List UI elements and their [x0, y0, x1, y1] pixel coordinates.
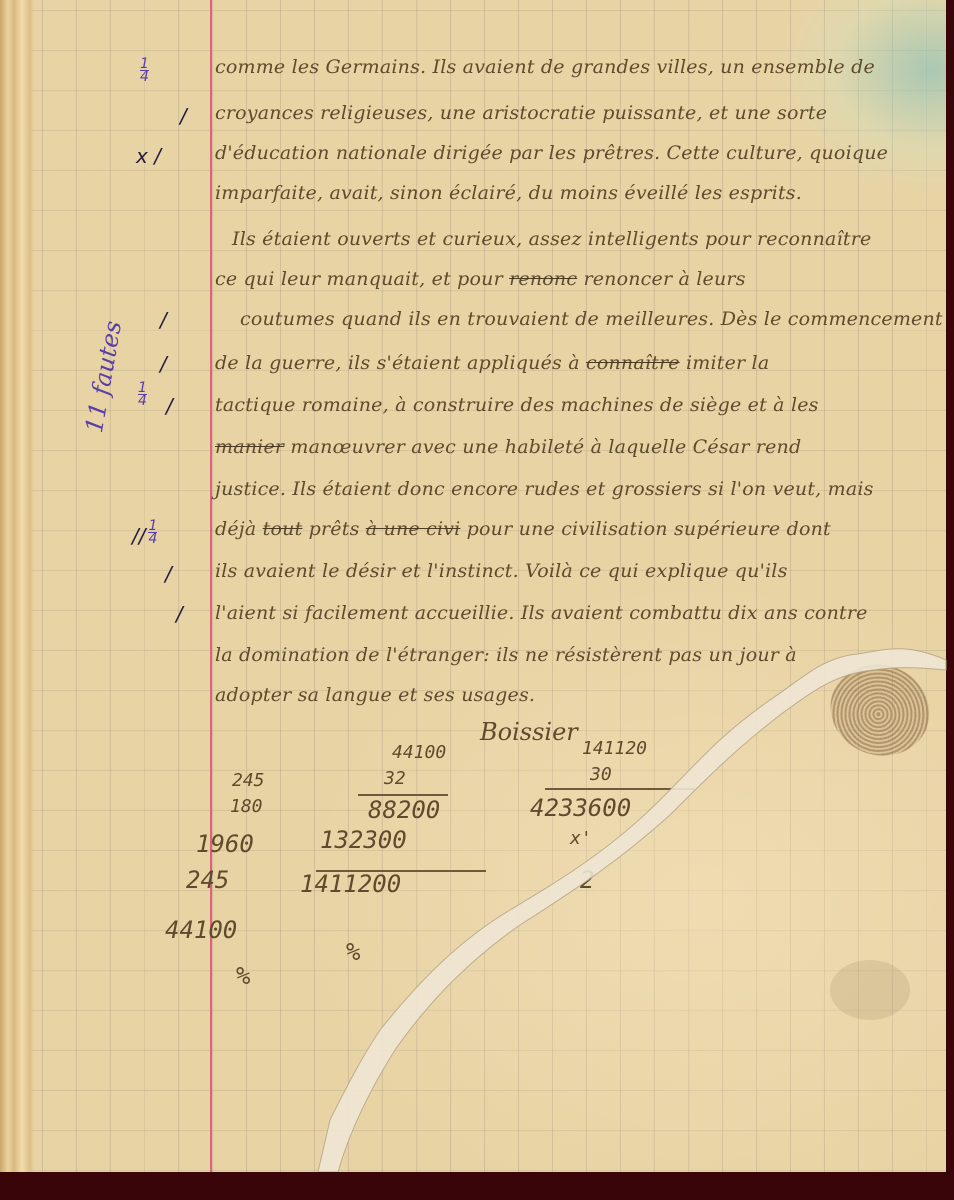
author-signature: Boissier — [480, 718, 578, 746]
text-line-10: manier manœuvrer avec une habileté à laq… — [215, 436, 801, 458]
calc-right-multiplier: 30 — [590, 764, 612, 785]
text-line-12: déjà tout prêts à une civi pour une civi… — [215, 518, 831, 540]
margin-mark-7: / — [160, 308, 167, 332]
notebook-page: 14 / x / / / / //14 / / 11 fautes 14 com… — [0, 0, 946, 1172]
struck-word: à une civi — [366, 518, 461, 540]
calc-mid-multiplier: 32 — [384, 768, 406, 789]
margin-mark-9: / — [166, 394, 173, 418]
calc-mid-partial2: 132300 — [320, 826, 407, 854]
calc-left-4: 245 — [186, 866, 229, 894]
text-line-2: croyances religieuses, une aristocratie … — [215, 102, 827, 124]
calc-right-top: 141120 — [582, 738, 647, 759]
paper-smudge — [830, 960, 910, 1020]
struck-word: manier — [215, 436, 284, 458]
calc-right-mark: 2 — [580, 866, 594, 894]
margin-mark-14: / — [176, 602, 183, 626]
text-line-6: ce qui leur manquait, et pour renonc ren… — [215, 268, 746, 290]
notebook-binding-edge — [0, 0, 34, 1172]
text-line-7: coutumes quand ils en trouvaient de meil… — [240, 308, 943, 330]
margin-note-fautes: 11 fautes — [80, 319, 127, 435]
calc-mid-result: 1411200 — [300, 870, 401, 898]
percent-mark-1: % — [346, 938, 360, 966]
percent-mark-2: % — [236, 962, 250, 990]
text-line-11: justice. Ils étaient donc encore rudes e… — [215, 478, 874, 500]
margin-mark-12: //14 — [132, 520, 157, 548]
calc-mid-partial1: 88200 — [368, 796, 440, 824]
margin-note-fraction: 14 — [138, 382, 147, 409]
paper-tear — [0, 0, 954, 1172]
text-line-15: la domination de l'étranger: ils ne rési… — [215, 644, 797, 666]
margin-mark-13: / — [165, 562, 172, 586]
margin-mark-8: / — [160, 352, 167, 376]
calc-right-rule — [545, 788, 695, 790]
margin-mark-3: x / — [136, 144, 161, 168]
calc-right-result: 4233600 — [530, 794, 631, 822]
text-line-4: imparfaite, avait, sinon éclairé, du moi… — [215, 182, 802, 204]
fingerprint-stain — [818, 651, 943, 770]
text-line-14: l'aient si facilement accueillie. Ils av… — [215, 602, 868, 624]
calc-left-2: 180 — [230, 796, 263, 817]
red-margin-line — [210, 0, 212, 1172]
margin-mark-1: 14 — [140, 58, 149, 86]
calc-left-3: 1960 — [196, 830, 254, 858]
text-line-16: adopter sa langue et ses usages. — [215, 684, 535, 706]
text-line-1: comme les Germains. Ils avaient de grand… — [215, 56, 875, 78]
struck-word: renonc — [509, 268, 577, 290]
calc-right-below: x' — [570, 828, 592, 849]
calc-mid-top: 44100 — [392, 742, 446, 763]
text-line-3: d'éducation nationale dirigée par les pr… — [215, 142, 888, 164]
margin-mark-2: / — [180, 104, 187, 128]
struck-word: connaître — [586, 352, 680, 374]
struck-word: tout — [263, 518, 303, 540]
calc-left-1: 245 — [232, 770, 265, 791]
text-line-13: ils avaient le désir et l'instinct. Voil… — [215, 560, 788, 582]
text-line-9: tactique romaine, à construire des machi… — [215, 394, 819, 416]
text-line-8: de la guerre, ils s'étaient appliqués à … — [215, 352, 769, 374]
text-line-5: Ils étaient ouverts et curieux, assez in… — [232, 228, 871, 250]
calc-left-5: 44100 — [165, 916, 237, 944]
